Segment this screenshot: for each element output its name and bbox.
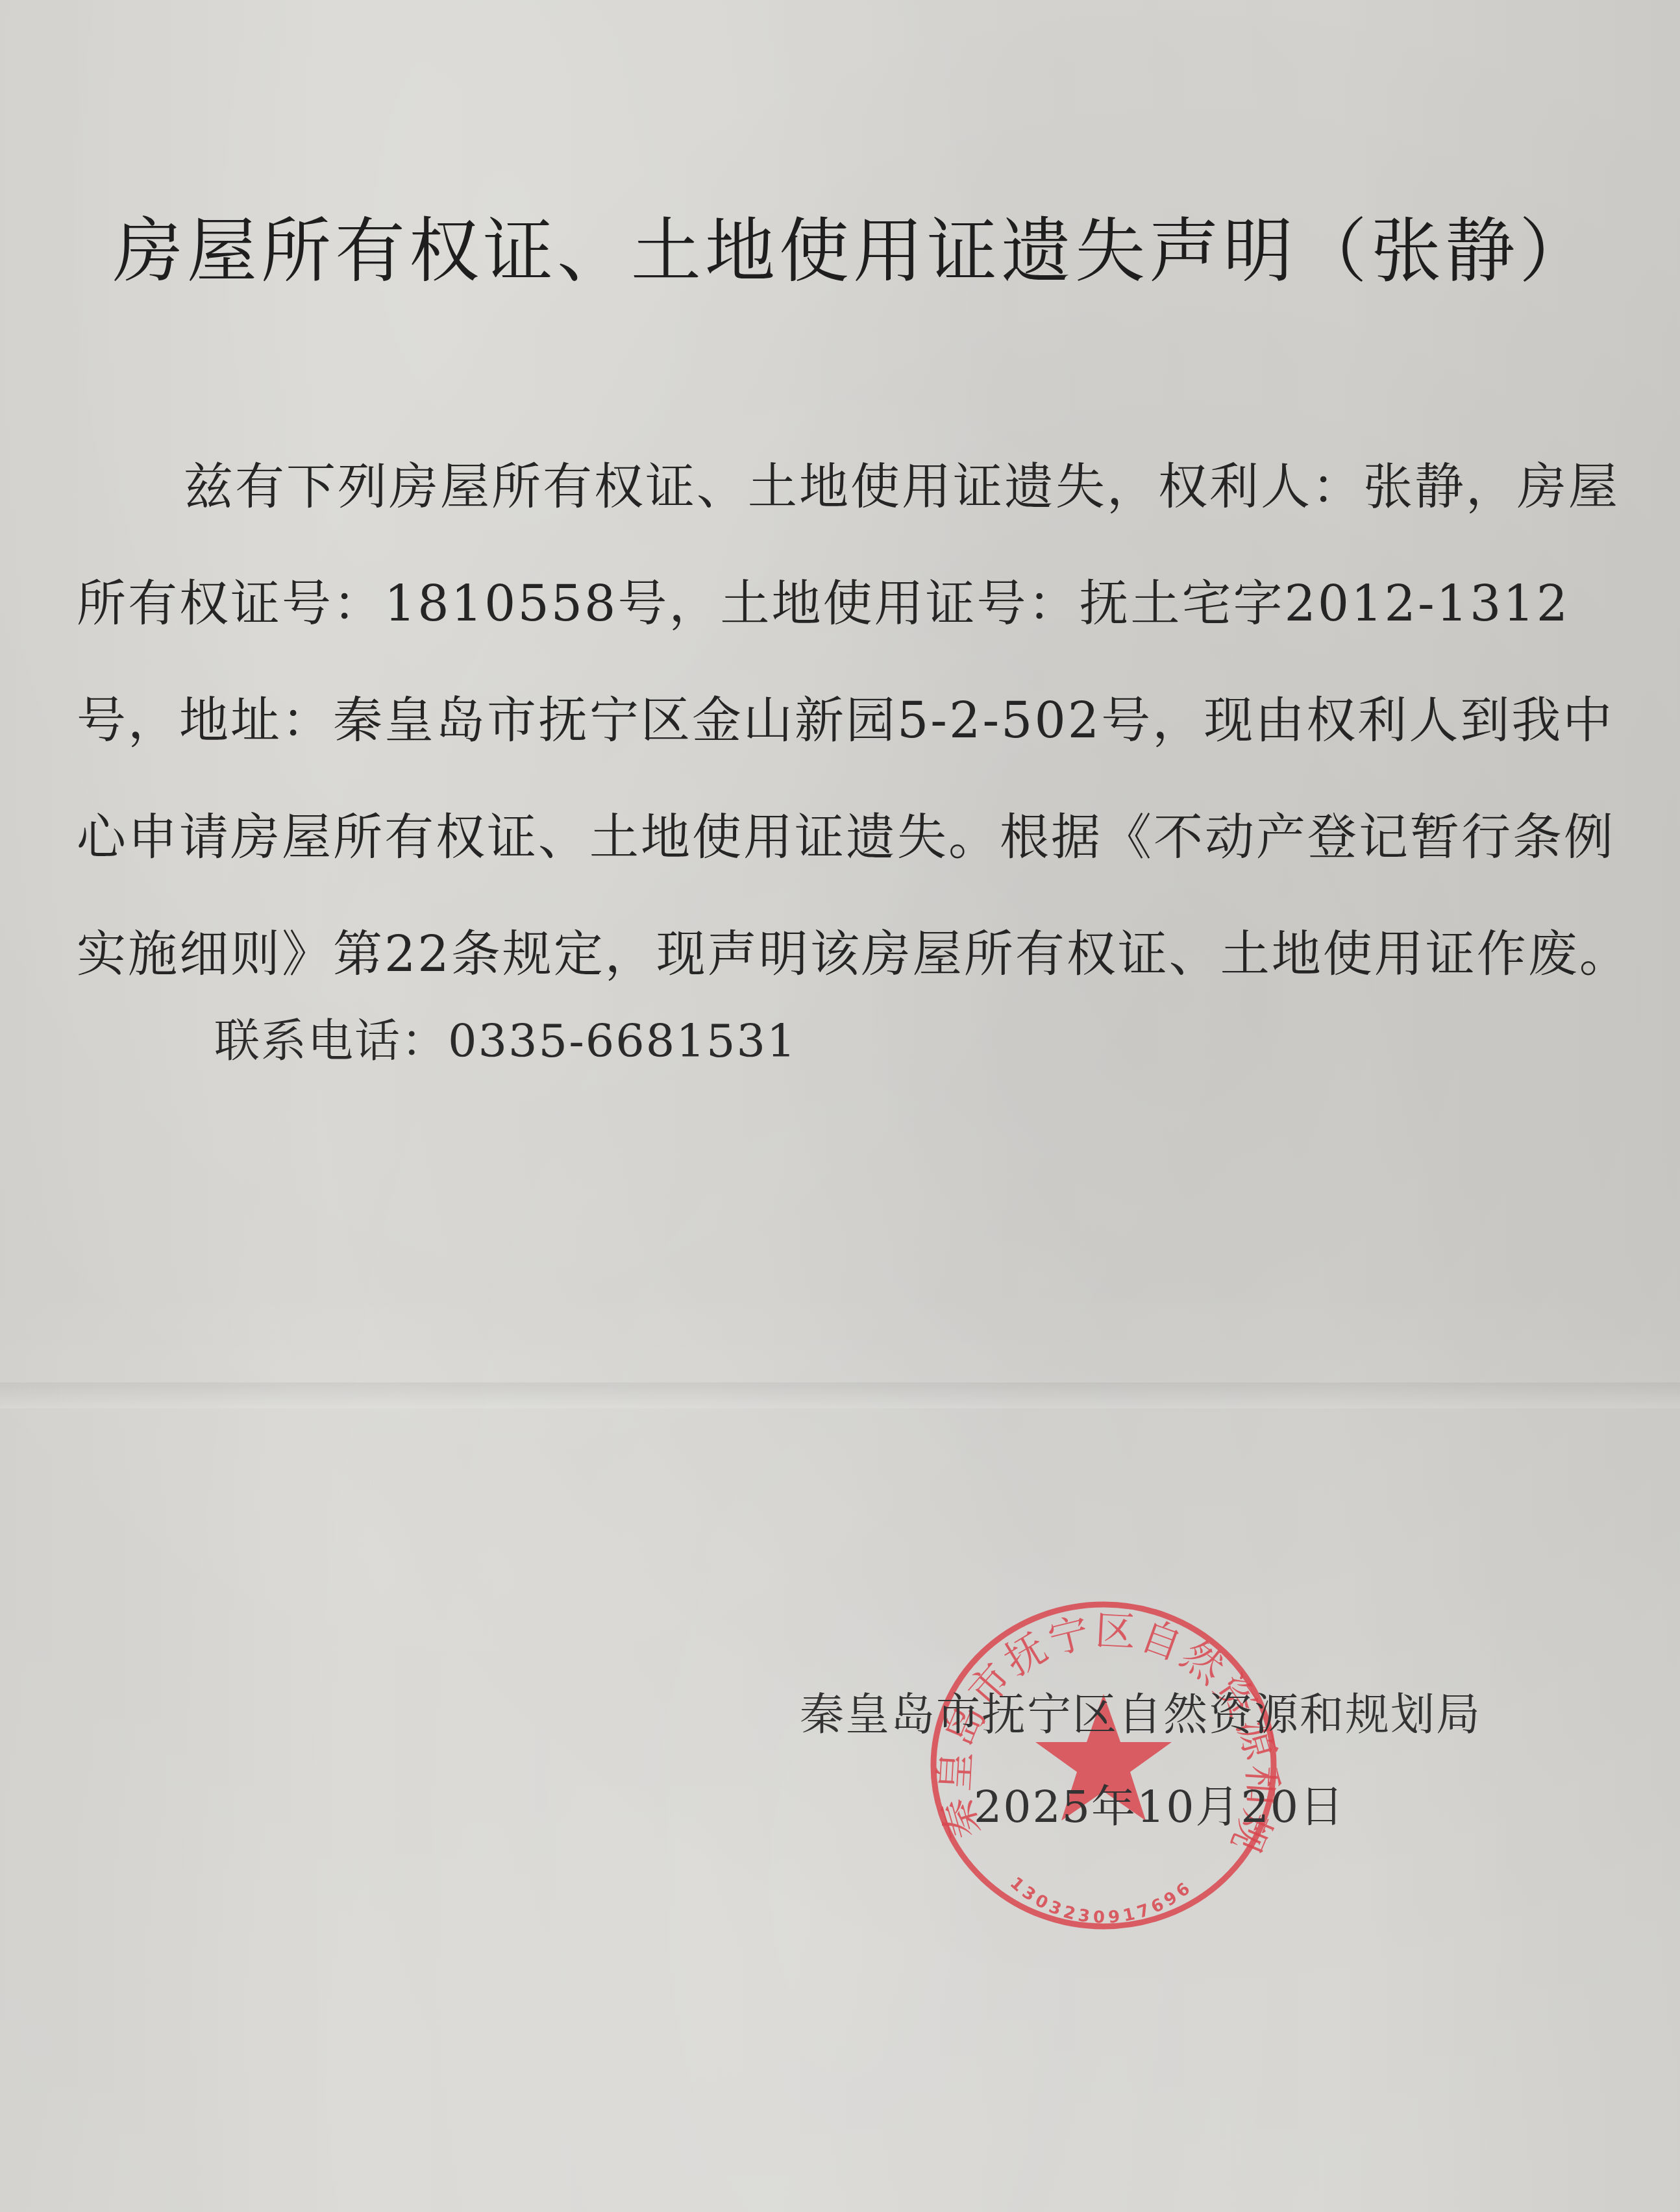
official-seal-icon: 秦皇岛市抚宁区自然资源和规划局 1303230917696 [925, 1597, 1282, 1934]
declaration-paragraph: 兹有下列房屋所有权证、土地使用证遗失，权利人：张静，房屋所有权证号：181055… [77, 428, 1635, 1013]
issuing-authority: 秦皇岛市抚宁区自然资源和规划局 [800, 1680, 1481, 1743]
document-title: 房屋所有权证、土地使用证遗失声明（张静） [0, 195, 1680, 295]
document-title-text: 房屋所有权证、土地使用证遗失声明（张静） [113, 211, 1593, 292]
paper-texture [0, 0, 1680, 2212]
issue-date: 2025年10月20日 [974, 1772, 1345, 1835]
paper-fold [0, 1382, 1680, 1408]
svg-text:1303230917696: 1303230917696 [1006, 1873, 1197, 1927]
declaration-body: 兹有下列房屋所有权证、土地使用证遗失，权利人：张静，房屋所有权证号：181055… [77, 428, 1635, 1013]
contact-phone: 联系电话：0335-6681531 [214, 1005, 797, 1070]
seal-code-text: 1303230917696 [1006, 1873, 1197, 1927]
